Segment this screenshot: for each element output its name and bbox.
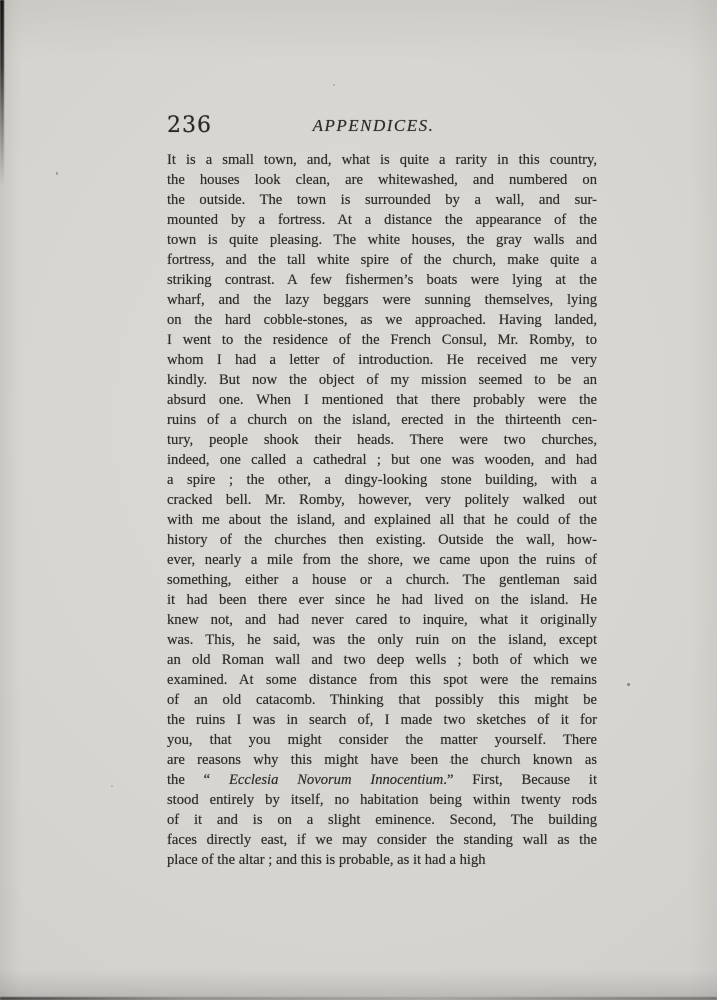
text-line: whom I had a letter of introduction. He … [167,350,597,370]
text-line: I went to the residence of the French Co… [167,330,597,350]
text-line: wharf, and the lazy beggars were sunning… [167,290,597,310]
paper-speck [333,84,335,86]
text-line: stood entirely by itself, no habitation … [167,790,597,810]
scan-edge-artifact-left [0,0,4,185]
text-line: indeed, one called a cathedral ; but one… [167,450,597,470]
text-line: ruins of a church on the island, erected… [167,410,597,430]
text-line: tury, people shook their heads. There we… [167,430,597,450]
scanned-book-page: 236 APPENDICES. It is a small town, and,… [0,0,717,1000]
body-text: It is a small town, and, what is quite a… [167,150,597,870]
text-line: the ruins I was in search of, I made two… [167,710,597,730]
text-line: absurd one. When I mentioned that there … [167,390,597,410]
text-line: are reasons why this might have been the… [167,750,597,770]
text-line: of it and is on a slight eminence. Secon… [167,810,597,830]
text-line: It is a small town, and, what is quite a… [167,150,597,170]
text-line: place of the altar ; and this is probabl… [167,850,597,870]
text-line: faces directly east, if we may consider … [167,830,597,850]
text-line: striking contrast. A few fishermen’s boa… [167,270,597,290]
text-line: cracked bell. Mr. Romby, however, very p… [167,490,597,510]
page-number: 236 [167,113,212,138]
text-line: ever, nearly a mile from the shore, we c… [167,550,597,570]
text-line: town is quite pleasing. The white houses… [167,230,597,250]
text-line: was. This, he said, was the only ruin on… [167,630,597,650]
text-line: it had been there ever since he had live… [167,590,597,610]
paper-speck [449,761,451,763]
paper-speck [111,785,113,787]
paper-speck [627,683,630,686]
text-line: kindly. But now the object of my mission… [167,370,597,390]
text-line: a spire ; the other, a dingy-looking sto… [167,470,597,490]
running-head: APPENDICES. [313,116,435,136]
text-line: the “ Ecclesia Novorum Innocentium.” Fir… [167,770,597,790]
text-line: fortress, and the tall white spire of th… [167,250,597,270]
page-header: 236 APPENDICES. [167,108,597,138]
text-line: history of the churches then existing. O… [167,530,597,550]
text-line: examined. At some distance from this spo… [167,670,597,690]
text-line: of an old catacomb. Thinking that possib… [167,690,597,710]
italic-phrase: Ecclesia Novorum Innocentium [229,772,443,788]
text-line: on the hard cobble-stones, as we approac… [167,310,597,330]
text-line: the outside. The town is surrounded by a… [167,190,597,210]
text-line: something, either a house or a church. T… [167,570,597,590]
text-line: the houses look clean, are whitewashed, … [167,170,597,190]
text-line: you, that you might consider the matter … [167,730,597,750]
text-line: an old Roman wall and two deep wells ; b… [167,650,597,670]
paper-speck [56,172,58,175]
text-line: mounted by a fortress. At a distance the… [167,210,597,230]
text-line: knew not, and had never cared to inquire… [167,610,597,630]
text-line: with me about the island, and explained … [167,510,597,530]
